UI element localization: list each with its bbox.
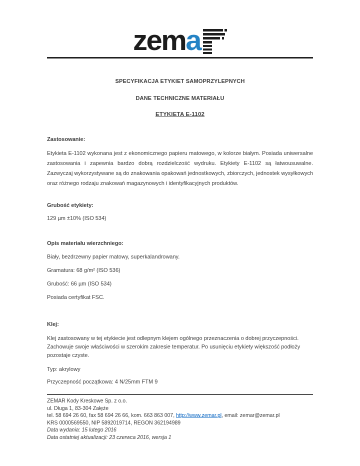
section-heading-zastosowanie: Zastosowanie: xyxy=(47,137,313,143)
fsc-certificate-line: Posiada certyfikat FSC. xyxy=(47,295,313,301)
logo: zema xyxy=(47,13,313,55)
footer: ZEMAR Kody Kreskowe Sp. z o.o. ul. Długa… xyxy=(47,394,313,441)
doc-title-line2: DANE TECHNICZNE MATERIAŁU xyxy=(47,96,313,102)
logo-text-blue: a xyxy=(186,26,201,55)
footer-registry: KRS 0000569550, NIP 5892019714, REGON 36… xyxy=(47,419,313,426)
doc-title-line1: SPECYFIKACJA ETYKIET SAMOPRZYLEPNYCH xyxy=(47,79,313,85)
footer-update-date: Data ostatniej aktualizacji: 23 czerwca … xyxy=(47,434,313,441)
footer-contact: tel. 58 694 26 60, fax 58 694 26 66, kom… xyxy=(47,412,313,419)
section-body-klej: Klej zastosowany w tej etykiecie jest od… xyxy=(47,335,313,361)
footer-address: ul. Długa 1, 83-304 Załęże xyxy=(47,405,313,412)
face-material-line: Biały, bezdrzewny papier matowy, superka… xyxy=(47,254,313,260)
specification-document: zema SPECYFIKACJA ETYKIET SAMOPRZYLEPNYC… xyxy=(0,0,360,466)
website-link[interactable]: http://www.zemar.pl xyxy=(176,413,222,419)
initial-tack-line: Przyczepność początkowa: 4 N/25mm FTM 9 xyxy=(47,379,313,385)
footer-issue-date: Data wydania: 15 lutego 2016 xyxy=(47,427,313,434)
adhesive-type-line: Typ: akrylowy xyxy=(47,367,313,373)
footer-contact-post: , email: zemar@zemar.pl xyxy=(222,413,280,419)
doc-title-line3: ETYKIETA E-1102 xyxy=(47,112,313,118)
section-heading-grubosc-etykiety: Grubość etykiety: xyxy=(47,203,313,209)
section-body-zastosowanie: Etykieta E-1102 wykonana jest z ekonomic… xyxy=(47,149,313,189)
label-thickness-value: 129 µm ±10% (ISO 534) xyxy=(47,216,313,222)
barcode-r-icon xyxy=(203,29,227,54)
zemar-logo: zema xyxy=(133,26,227,55)
footer-contact-pre: tel. 58 694 26 60, fax 58 694 26 66, kom… xyxy=(47,413,176,419)
grammage-line: Gramatura: 68 g/m² (ISO 536) xyxy=(47,268,313,274)
section-heading-klej: Klej: xyxy=(47,322,313,328)
footer-company: ZEMAR Kody Kreskowe Sp. z o.o. xyxy=(47,398,313,405)
logo-text-black: zem xyxy=(133,26,186,55)
material-thickness-line: Grubość: 66 µm (ISO 534) xyxy=(47,281,313,287)
header-rule xyxy=(47,57,313,59)
section-heading-opis-materialu: Opis materiału wierzchniego: xyxy=(47,241,313,247)
document-header: SPECYFIKACJA ETYKIET SAMOPRZYLEPNYCH DAN… xyxy=(47,79,313,118)
